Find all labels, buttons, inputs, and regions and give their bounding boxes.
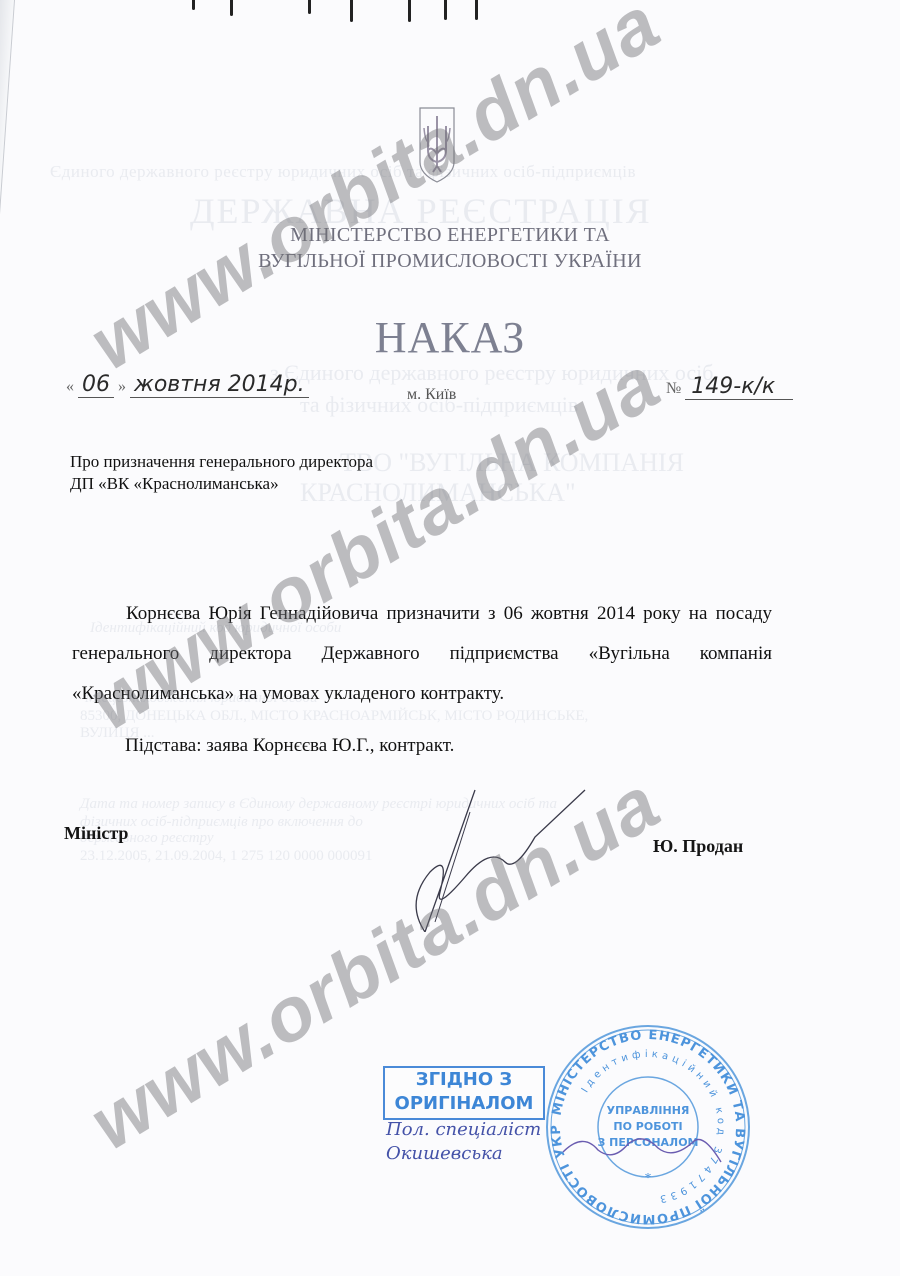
signatory-name: Ю. Продан xyxy=(653,836,743,857)
order-number: № 149-к/к xyxy=(666,374,793,400)
ghost-text: Єдиного державного реєстру юридичних осі… xyxy=(50,162,636,182)
order-paragraph: Корнєєва Юрія Геннадійовича призначити з… xyxy=(72,594,772,714)
order-city: м. Київ xyxy=(407,386,456,404)
binder-hole-marks xyxy=(190,0,490,24)
order-subject: Про призначення генерального директора Д… xyxy=(70,451,373,495)
ghost-text: ТВО "ВУГІЛЬНА КОМПАНІЯ xyxy=(340,448,684,478)
trident-icon xyxy=(418,106,456,184)
seal-center-line3: З ПЕРСОНАЛОМ xyxy=(597,1136,698,1149)
seal-star-icon: * xyxy=(645,1171,652,1186)
number-label: № xyxy=(666,380,681,397)
order-body: Корнєєва Юрія Геннадійовича призначити з… xyxy=(72,594,772,714)
certified-copy-stamp: ЗГІДНО З ОРИГІНАЛОМ xyxy=(383,1066,545,1120)
order-basis: Підстава: заява Корнєєва Ю.Г., контракт. xyxy=(125,735,454,757)
date-close-quote: » xyxy=(118,378,126,395)
ghost-text: з Єдиного державного реєстру юридичних о… xyxy=(270,360,713,386)
certifier-title: Пол. спеціаліст xyxy=(386,1118,541,1142)
certifier-name: Окишевська xyxy=(386,1142,541,1166)
seal-center-line2: ПО РОБОТІ xyxy=(613,1120,682,1133)
certifier-handwriting: Пол. спеціаліст Окишевська xyxy=(386,1118,541,1166)
scanned-page-edge xyxy=(0,0,15,330)
ghost-text: 23.12.2005, 21.09.2004, 1 275 120 0000 0… xyxy=(80,848,373,865)
stamp-line2: ОРИГІНАЛОМ xyxy=(385,1092,543,1116)
ministry-name-line1: МІНІСТЕРСТВО ЕНЕРГЕТИКИ ТА xyxy=(0,224,900,247)
date-month-year: жовтня 2014р. xyxy=(130,372,309,398)
order-date: « 06 » жовтня 2014р. xyxy=(66,372,309,397)
signature-scribble xyxy=(355,782,595,932)
official-seal: МІНІСТЕРСТВО ЕНЕРГЕТИКИ ТА ВУГІЛЬНОЇ ПРО… xyxy=(543,1022,753,1232)
date-day: 06 xyxy=(78,372,114,398)
ministry-name-line2: ВУГІЛЬНОЇ ПРОМИСЛОВОСТІ УКРАЇНИ xyxy=(0,250,900,273)
subject-line2: ДП «ВК «Краснолиманська» xyxy=(70,473,373,495)
document-title: НАКАЗ xyxy=(0,312,900,363)
signatory-position: Міністр xyxy=(64,823,128,844)
stamp-line1: ЗГІДНО З xyxy=(385,1068,543,1092)
date-open-quote: « xyxy=(66,378,74,395)
number-value: 149-к/к xyxy=(685,374,793,400)
subject-line1: Про призначення генерального директора xyxy=(70,451,373,473)
seal-center-line1: УПРАВЛІННЯ xyxy=(607,1104,690,1117)
